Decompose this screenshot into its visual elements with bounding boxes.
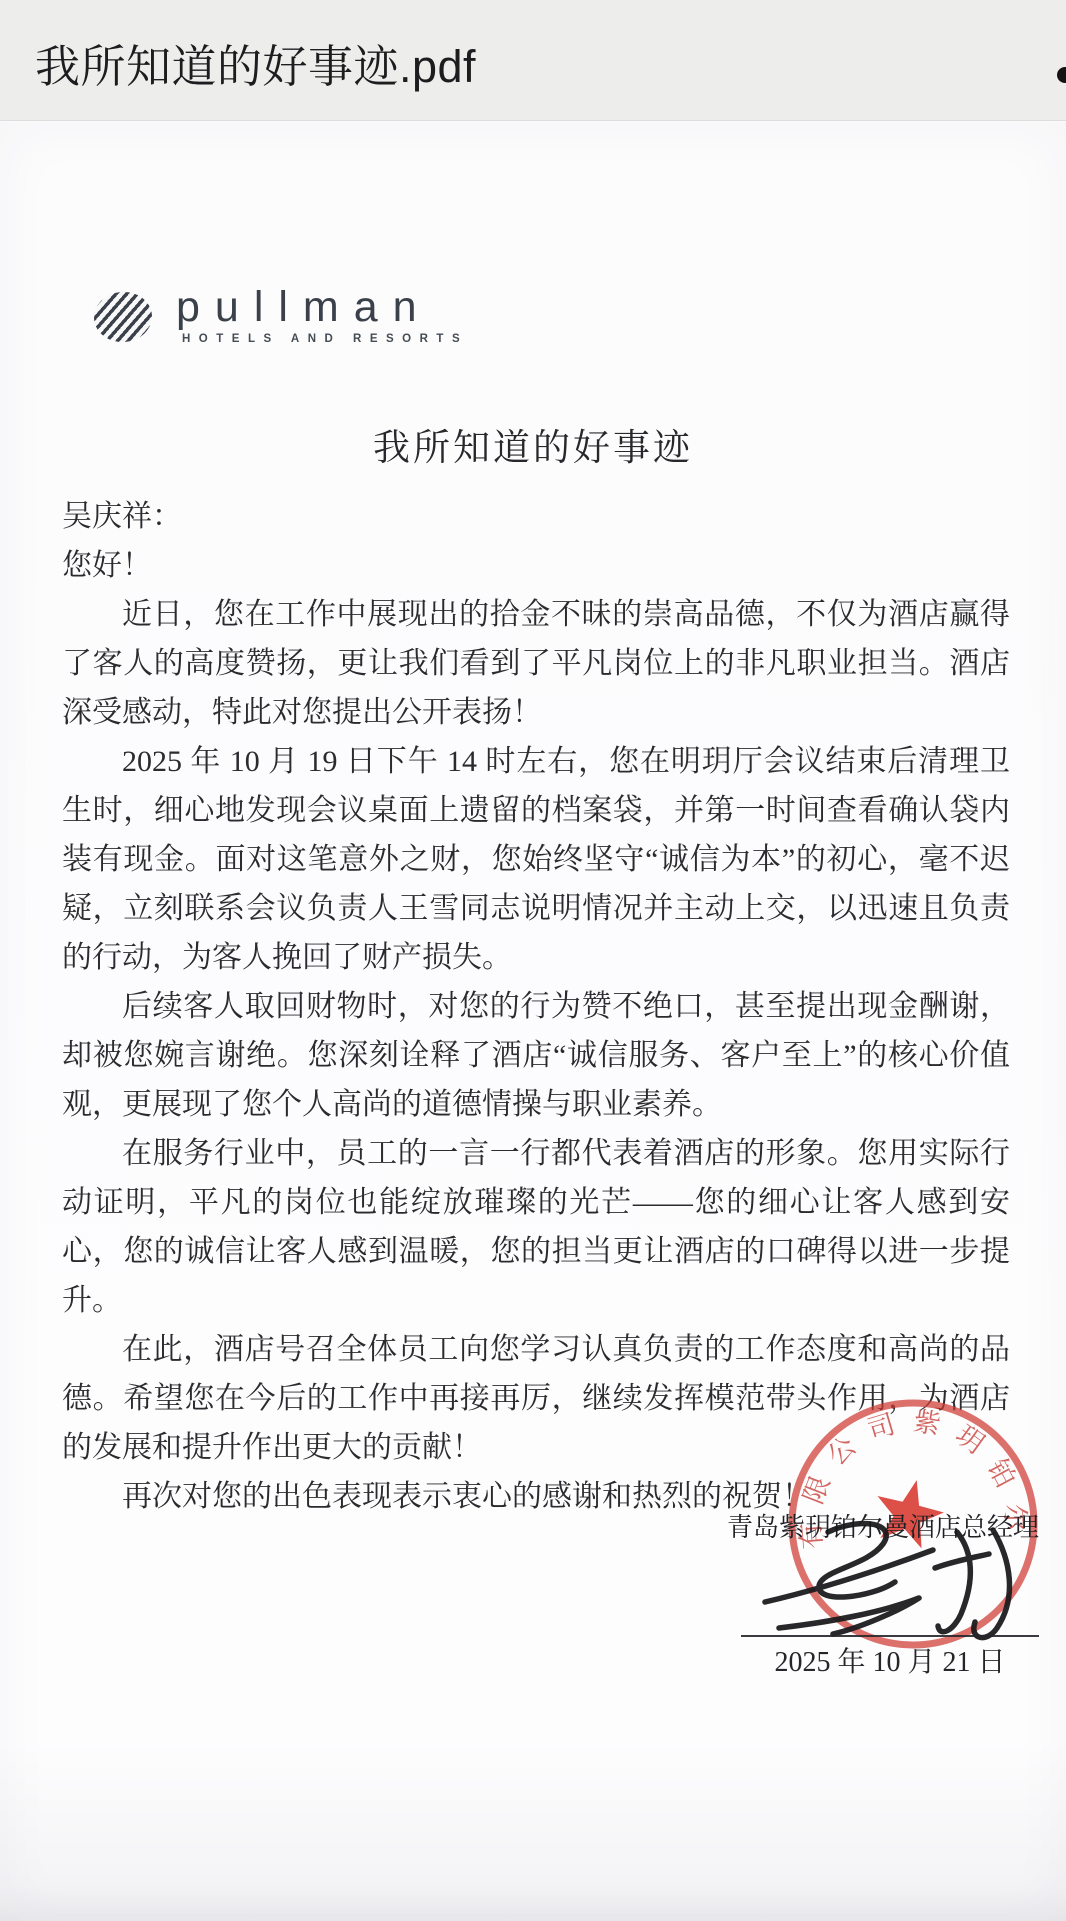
letter-paragraph: 在服务行业中，员工的一言一行都代表着酒店的形象。您用实际行动证明，平凡的岗位也能… bbox=[62, 1129, 1010, 1325]
salutation: 吴庆祥： bbox=[62, 492, 1010, 541]
greeting: 您好！ bbox=[62, 541, 1010, 590]
letter-paragraph: 后续客人取回财物时，对您的行为赞不绝口，甚至提出现金酬谢，却被您婉言谢绝。您深刻… bbox=[62, 982, 1010, 1129]
pullman-logo: pullman HOTELS AND RESORTS bbox=[94, 286, 514, 350]
letter-date: 2025 年 10 月 21 日 bbox=[741, 1646, 1039, 1680]
handwritten-signature bbox=[735, 1516, 1065, 1651]
pdf-viewer: 我所知道的好事迹.pdf pullman HOTELS AND RESORTS … bbox=[0, 0, 1066, 1921]
signature-divider bbox=[741, 1635, 1039, 1637]
document-title: 我所知道的好事迹.pdf bbox=[35, 44, 476, 89]
app-header: 我所知道的好事迹.pdf bbox=[0, 0, 1066, 121]
more-options-icon[interactable] bbox=[1057, 67, 1066, 83]
brand-tagline: HOTELS AND RESORTS bbox=[182, 333, 468, 345]
letter-title: 我所知道的好事迹 bbox=[0, 430, 1066, 467]
brand-wordmark: pullman bbox=[176, 286, 432, 329]
letter-paragraph: 近日，您在工作中展现出的拾金不昧的崇高品德，不仅为酒店赢得了客人的高度赞扬，更让… bbox=[62, 590, 1010, 737]
letter-paragraph: 2025 年 10 月 19 日下午 14 时左右，您在明玥厅会议结束后清理卫生… bbox=[62, 737, 1010, 982]
pullman-globe-icon bbox=[92, 290, 153, 344]
letter-body: 吴庆祥： 您好！ 近日，您在工作中展现出的拾金不昧的崇高品德，不仅为酒店赢得了客… bbox=[62, 492, 1010, 1521]
